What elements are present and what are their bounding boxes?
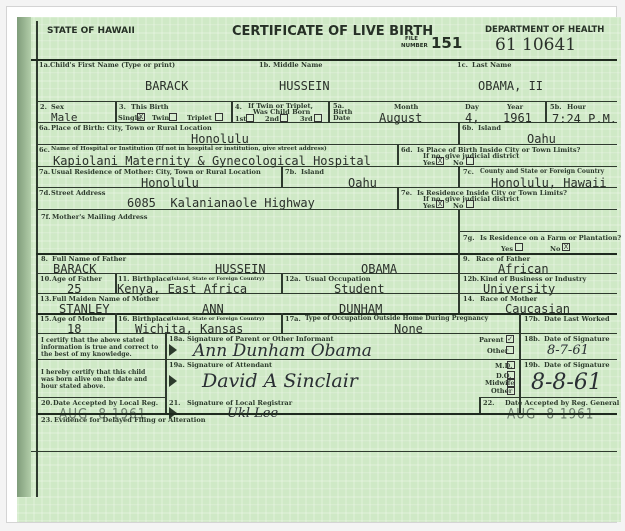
certificate-number: 61 10641 bbox=[495, 37, 576, 54]
island-label: Island bbox=[301, 169, 324, 176]
divider bbox=[479, 397, 481, 413]
delayed-filing-label: Evidence for Delayed Filing or Alteratio… bbox=[54, 417, 206, 424]
divider bbox=[281, 273, 283, 293]
single-checkbox: X bbox=[137, 113, 145, 121]
divider bbox=[458, 209, 460, 231]
field-number: 7g. bbox=[463, 235, 475, 242]
divider bbox=[458, 253, 460, 273]
divider bbox=[281, 166, 283, 187]
no-checkbox: X bbox=[562, 243, 570, 251]
birth-date-label-2: Date bbox=[333, 115, 350, 122]
other-checkbox bbox=[506, 346, 514, 354]
divider bbox=[281, 313, 283, 333]
field-number: 23. bbox=[41, 417, 52, 424]
middle-name-label: Middle Name bbox=[273, 62, 323, 69]
do-checkbox bbox=[507, 371, 515, 379]
informant-signature: Ann Dunham Obama bbox=[193, 343, 372, 360]
field-number: 1a. bbox=[39, 62, 50, 69]
field-number: 7f. bbox=[41, 214, 51, 221]
second-checkbox bbox=[280, 114, 288, 122]
divider bbox=[165, 333, 167, 413]
field-number: 8. bbox=[41, 256, 48, 263]
triplet-label: Triplet bbox=[187, 115, 212, 122]
field-number: 6c. bbox=[39, 147, 50, 154]
child-first-name: BARACK bbox=[145, 80, 188, 92]
attendant-signature-date: 8-8-61 bbox=[531, 372, 602, 394]
document-frame: STATE OF HAWAII CERTIFICATE OF LIVE BIRT… bbox=[6, 6, 617, 523]
farm-plantation-label: Is Residence on a Farm or Plantation? bbox=[480, 235, 621, 242]
department-heading: DEPARTMENT OF HEALTH bbox=[485, 26, 604, 35]
certificate-title: CERTIFICATE OF LIVE BIRTH bbox=[232, 25, 433, 38]
yes-checkbox: X bbox=[436, 200, 444, 208]
field-number: 15. bbox=[40, 316, 51, 323]
informant-signature-date: 8-7-61 bbox=[547, 344, 589, 357]
year-label: Year bbox=[507, 104, 523, 111]
field-number: 5b. bbox=[550, 104, 562, 111]
divider bbox=[328, 101, 330, 122]
attendant-certification: I hereby certify that this child was bor… bbox=[41, 369, 159, 390]
number-label: NUMBER bbox=[401, 44, 428, 50]
no-checkbox bbox=[466, 157, 474, 165]
file-number: 151 bbox=[431, 36, 462, 51]
informant-date-label: Date of Signature bbox=[544, 336, 610, 343]
field-number: 16. bbox=[118, 316, 129, 323]
field-number: 4. bbox=[235, 104, 242, 111]
divider bbox=[458, 231, 460, 253]
last-name-label: Last Name bbox=[472, 62, 511, 69]
field-number: 7b. bbox=[285, 169, 297, 176]
file-label: FILE bbox=[405, 37, 418, 43]
triplet-checkbox bbox=[215, 113, 223, 121]
field-number: 1b. bbox=[259, 62, 271, 69]
parent-label: Parent bbox=[479, 337, 504, 344]
no-checkbox bbox=[466, 200, 474, 208]
hospital-label: Name of Hospital or Institution (If not … bbox=[51, 147, 327, 153]
divider bbox=[31, 451, 617, 452]
twin-label: Twin bbox=[152, 115, 169, 122]
field-number: 9. bbox=[463, 256, 470, 263]
attendant-date-label: Date of Signature bbox=[544, 362, 610, 369]
this-birth-label: This Birth bbox=[131, 104, 169, 111]
divider bbox=[36, 209, 617, 210]
field-number: 12a. bbox=[285, 276, 301, 283]
field-number: 17a. bbox=[285, 316, 301, 323]
street-address: 6085 Kalanianaole Highway bbox=[127, 197, 315, 209]
informant-certification: I certify that the above stated informat… bbox=[41, 337, 159, 358]
yes-checkbox: X bbox=[436, 157, 444, 165]
mailing-address-label: Mother's Mailing Address bbox=[52, 214, 147, 221]
field-number: 18b. bbox=[524, 336, 540, 343]
twin-checkbox bbox=[169, 113, 177, 121]
sex-label: Sex bbox=[51, 104, 64, 111]
field-number: 20. bbox=[41, 400, 52, 407]
field-number: 13. bbox=[40, 296, 51, 303]
field-number: 7a. bbox=[39, 169, 50, 176]
field-number: 7c. bbox=[463, 169, 474, 176]
state-heading: STATE OF HAWAII bbox=[47, 27, 135, 36]
parent-checkbox: ✓ bbox=[506, 335, 514, 343]
field-number: 12b. bbox=[463, 276, 479, 283]
field-number: 7e. bbox=[401, 190, 412, 197]
field-number: 14. bbox=[463, 296, 474, 303]
child-last-name: OBAMA, II bbox=[478, 80, 543, 92]
field-number: 10. bbox=[40, 276, 51, 283]
field-number: 19b. bbox=[524, 362, 540, 369]
date-last-worked-label: Date Last Worked bbox=[544, 316, 610, 323]
month-label: Month bbox=[394, 104, 418, 111]
field-number: 7d. bbox=[39, 190, 51, 197]
arrow-icon bbox=[169, 344, 177, 356]
divider bbox=[458, 231, 617, 232]
divider bbox=[458, 122, 460, 144]
first-name-label: Child's First Name (Type or print) bbox=[50, 62, 175, 69]
field-number: 1c. bbox=[457, 62, 468, 69]
divider bbox=[545, 101, 547, 122]
attendant-other-checkbox bbox=[507, 387, 515, 395]
residence-label: Usual Residence of Mother: City, Town or… bbox=[51, 169, 261, 176]
no-label: No bbox=[550, 246, 560, 253]
yes-checkbox bbox=[515, 243, 523, 251]
child-middle-name: HUSSEIN bbox=[279, 80, 330, 92]
place-of-birth-label: Place of Birth: City, Town or Rural Loca… bbox=[51, 125, 212, 132]
md-checkbox bbox=[507, 361, 515, 369]
field-number: 3. bbox=[119, 104, 126, 111]
field-number: 21. bbox=[169, 400, 180, 407]
divider bbox=[115, 313, 117, 333]
left-binding-shadow bbox=[17, 17, 31, 497]
attendant-signature: David A Sinclair bbox=[202, 372, 358, 391]
hour-label: Hour bbox=[567, 104, 586, 111]
field-number: 6b. bbox=[462, 125, 474, 132]
divider bbox=[36, 413, 617, 415]
divider bbox=[397, 144, 399, 165]
field-number: 18a. bbox=[169, 336, 185, 343]
county-state-label: County and State or Foreign Country bbox=[480, 169, 604, 175]
field-number: 6a. bbox=[39, 125, 50, 132]
third-checkbox bbox=[314, 114, 322, 122]
left-border bbox=[36, 21, 38, 497]
divider bbox=[115, 101, 117, 122]
divider bbox=[458, 166, 460, 187]
day-label: Day bbox=[465, 104, 479, 111]
field-number: 2. bbox=[40, 104, 47, 111]
divider bbox=[397, 187, 399, 209]
field-number: 22. bbox=[483, 400, 494, 407]
attendant-signature-label: Signature of Attendant bbox=[187, 362, 272, 369]
street-address-label: Street Address bbox=[51, 190, 105, 197]
field-number: 6d. bbox=[401, 147, 413, 154]
island-label: Island bbox=[478, 125, 501, 132]
midwife-checkbox bbox=[507, 379, 515, 387]
first-checkbox bbox=[246, 114, 254, 122]
field-number: 19a. bbox=[169, 362, 185, 369]
field-number: 17b. bbox=[524, 316, 540, 323]
arrow-icon bbox=[169, 375, 177, 387]
birth-certificate: STATE OF HAWAII CERTIFICATE OF LIVE BIRT… bbox=[17, 17, 621, 522]
divider bbox=[231, 101, 233, 122]
yes-label: Yes bbox=[501, 246, 513, 253]
